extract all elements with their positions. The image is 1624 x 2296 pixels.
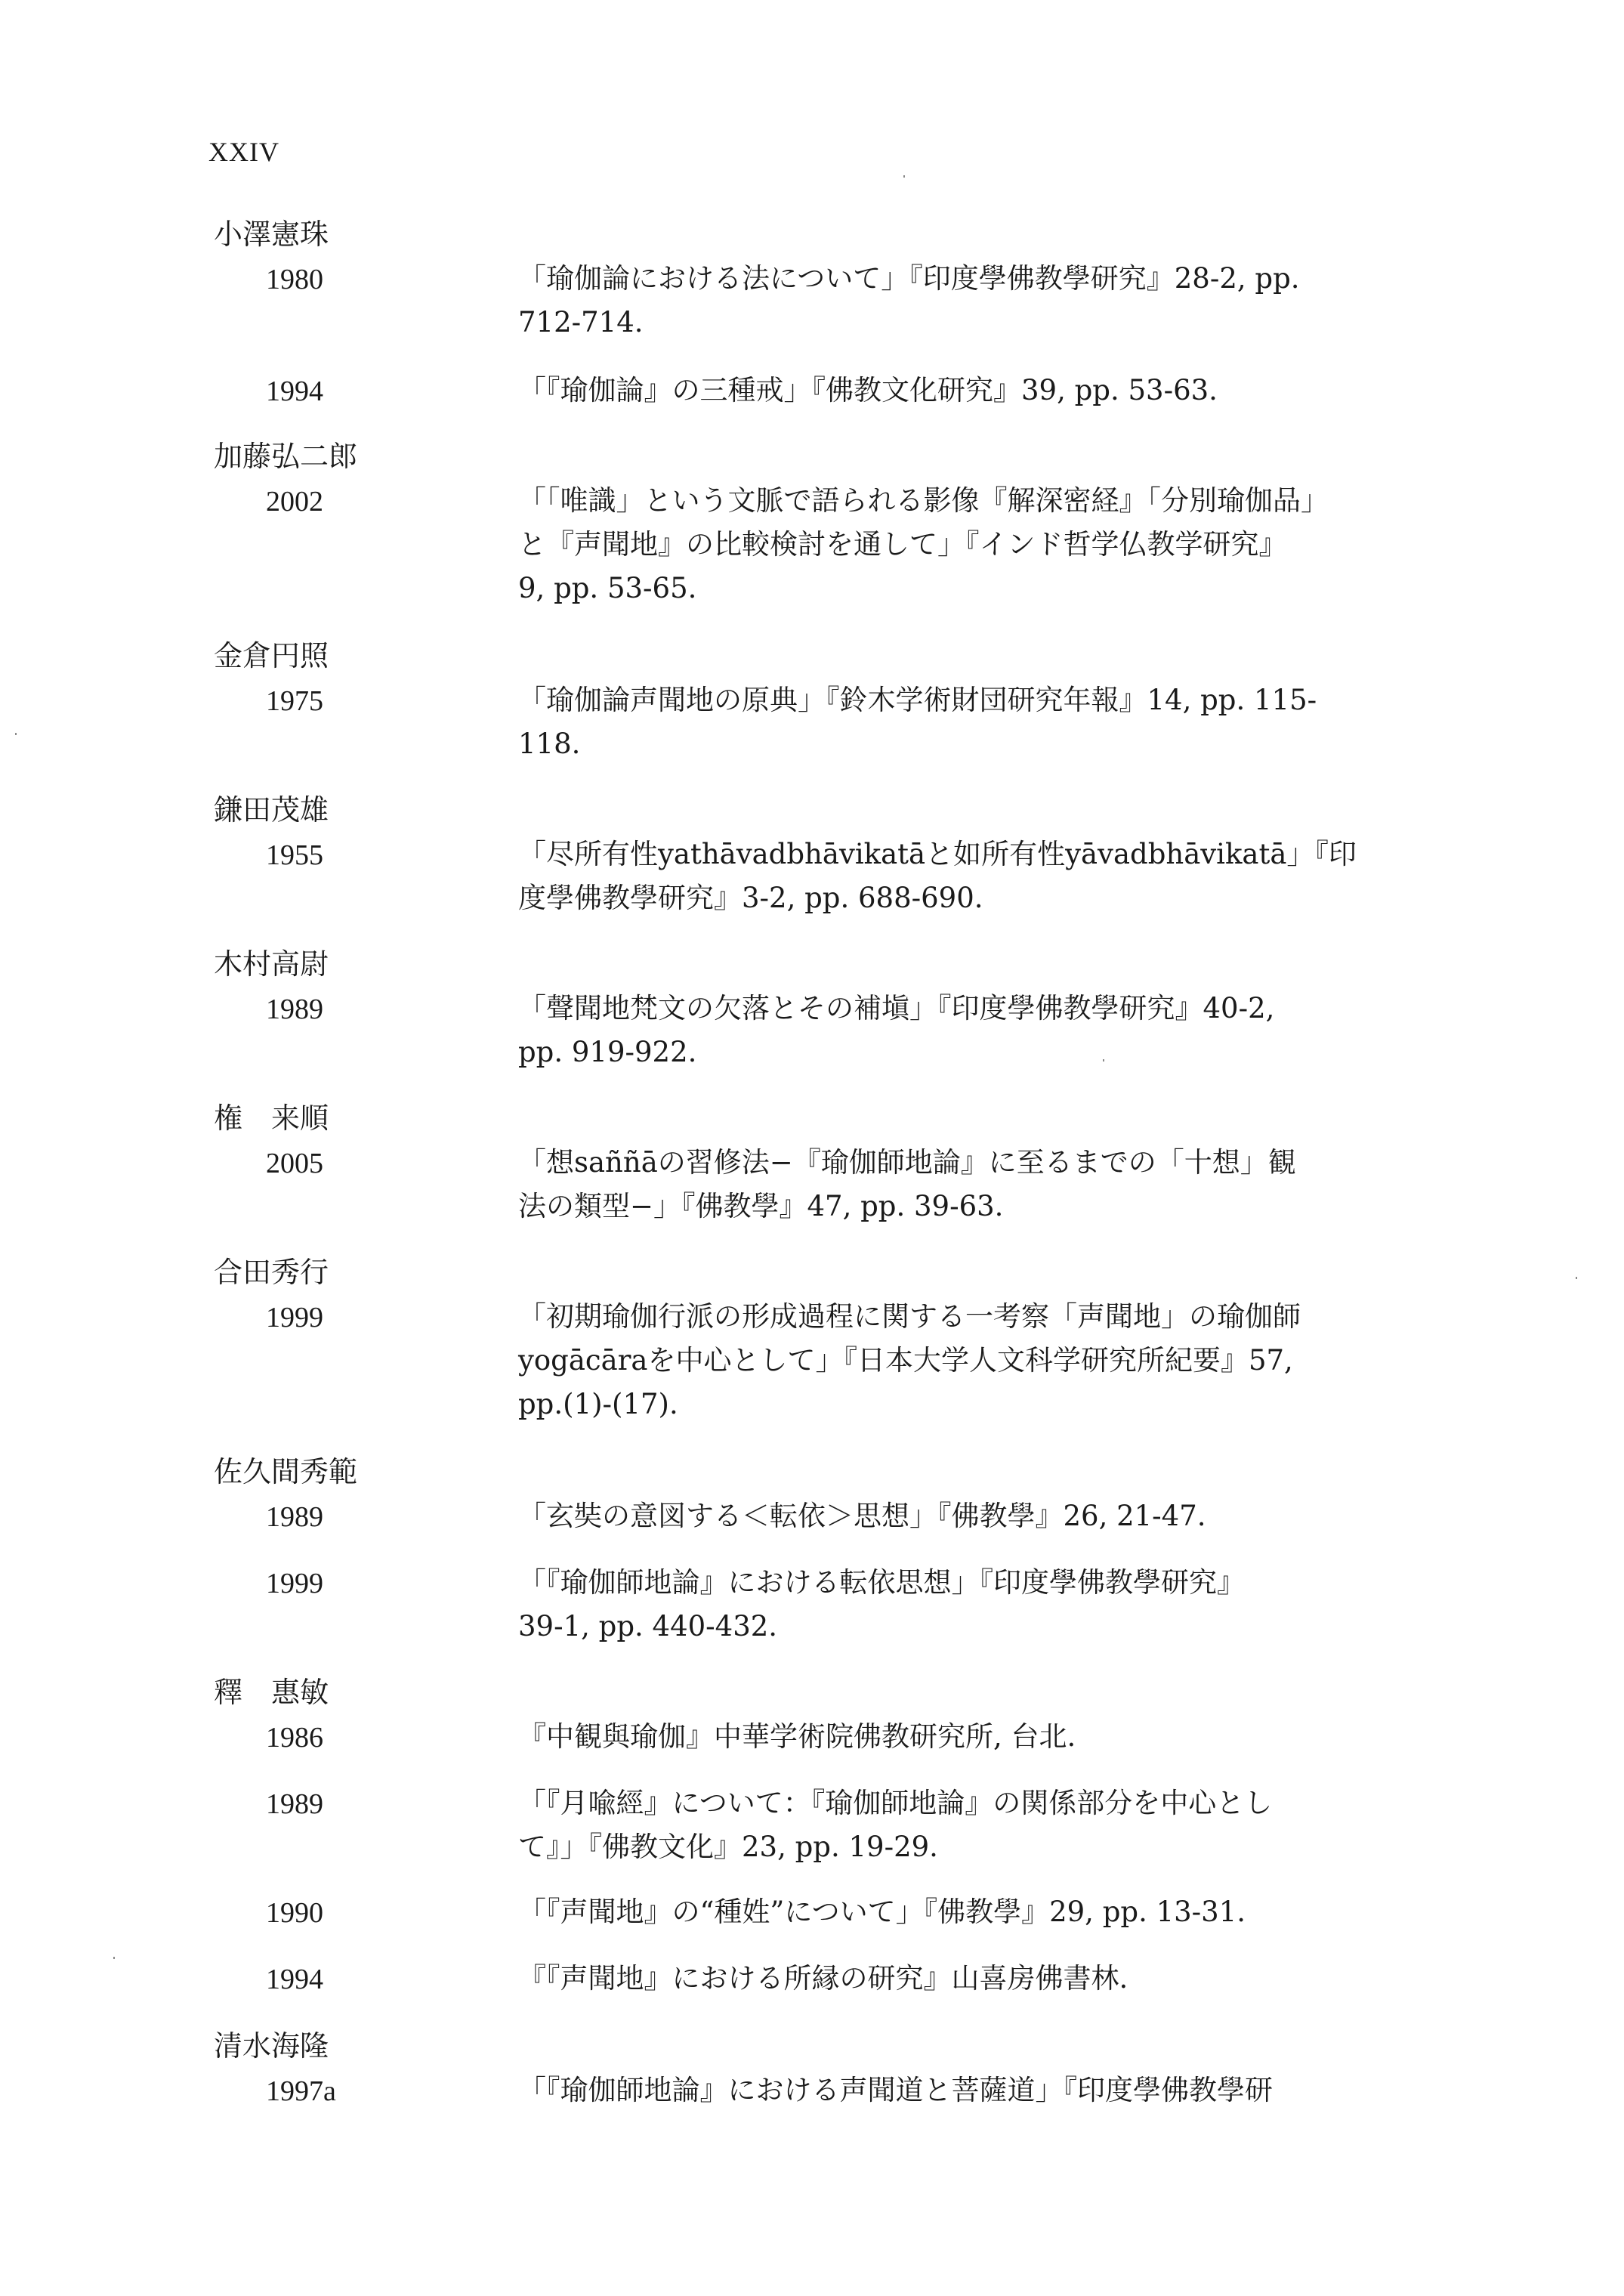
entry-line: 39-1, pp. 440-432.: [518, 1605, 1447, 1649]
entry-year: 2002: [266, 481, 323, 523]
bibliography-entry: 「聲聞地梵文の欠落とその補塡」『印度學佛教學研究』40-2, pp. 919-9…: [518, 987, 1447, 1074]
entry-line: て』」『佛教文化』23, pp. 19-29.: [518, 1825, 1447, 1869]
bibliography-entry: 「『声聞地』の“種姓”について」『佛教學』29, pp. 13-31.: [518, 1890, 1447, 1934]
entry-line: 「初期瑜伽行派の形成過程に関する一考察「声聞地」の瑜伽師: [518, 1295, 1447, 1339]
entry-year: 1980: [266, 258, 323, 301]
bibliography-entry: 「瑜伽論声聞地の原典」『鈴木学術財団研究年報』14, pp. 115- 118.: [518, 678, 1447, 766]
entry-line: 「『月喩經』について：『瑜伽師地論』の関係部分を中心とし: [518, 1781, 1447, 1825]
entry-line: 9, pp. 53-65.: [518, 567, 1447, 610]
entry-line: 「『瑜伽師地論』における転依思想」『印度學佛教學研究』: [518, 1561, 1447, 1605]
bibliography-entry: 『『声聞地』における所縁の研究』山喜房佛書林.: [518, 1957, 1447, 2001]
entry-year: 1994: [266, 370, 323, 413]
bibliography-entry: 「尽所有性yathāvadbhāvikatāと如所有性yāvadbhāvikat…: [518, 833, 1447, 920]
entry-line: 「瑜伽論声聞地の原典」『鈴木学術財団研究年報』14, pp. 115-: [518, 678, 1447, 722]
entry-line: 『中観與瑜伽』中華学術院佛教研究所, 台北.: [518, 1715, 1447, 1759]
bibliography-entry: 「「唯識」という文脈で語られる影像『解深密経』「分別瑜伽品」 と『声聞地』の比較…: [518, 479, 1447, 610]
bibliography-entry: 『中観與瑜伽』中華学術院佛教研究所, 台北.: [518, 1715, 1447, 1759]
entry-year: 2005: [266, 1142, 323, 1185]
entry-line: yogācāraを中心として」『日本大学人文科学研究所紀要』57,: [518, 1339, 1447, 1383]
author-name: 合田秀行: [214, 1251, 329, 1293]
entry-line: 「尽所有性yathāvadbhāvikatāと如所有性yāvadbhāvikat…: [518, 833, 1447, 876]
scan-speck: [903, 175, 905, 178]
bibliography-entry: 「『月喩經』について：『瑜伽師地論』の関係部分を中心とし て』」『佛教文化』23…: [518, 1781, 1447, 1869]
entry-line: pp.(1)-(17).: [518, 1383, 1447, 1426]
author-name: 金倉円照: [214, 635, 329, 677]
entry-year: 1990: [266, 1892, 323, 1934]
entry-line: 「聲聞地梵文の欠落とその補塡」『印度學佛教學研究』40-2,: [518, 987, 1447, 1031]
bibliography-entry: 「『瑜伽師地論』における転依思想」『印度學佛教學研究』 39-1, pp. 44…: [518, 1561, 1447, 1649]
entry-year: 1999: [266, 1296, 323, 1339]
entry-line: 「瑜伽論における法について」『印度學佛教學研究』28-2, pp.: [518, 257, 1447, 301]
entry-line: 法の類型−」『佛教學』47, pp. 39-63.: [518, 1185, 1447, 1228]
author-name: 佐久間秀範: [214, 1451, 357, 1493]
entry-line: 「『瑜伽師地論』における声聞道と菩薩道」『印度學佛教學研: [518, 2069, 1447, 2112]
entry-year: 1955: [266, 834, 323, 876]
bibliography-entry: 「玄奘の意図する＜転依＞思想」『佛教學』26, 21-47.: [518, 1494, 1447, 1538]
entry-line: 「『声聞地』の“種姓”について」『佛教學』29, pp. 13-31.: [518, 1890, 1447, 1934]
author-name: 鎌田茂雄: [214, 789, 329, 831]
bibliography-entry: 「初期瑜伽行派の形成過程に関する一考察「声聞地」の瑜伽師 yogācāraを中心…: [518, 1295, 1447, 1426]
entry-line: pp. 919-922.: [518, 1031, 1447, 1074]
author-name: 清水海隆: [214, 2025, 329, 2067]
scan-speck: [1576, 1277, 1577, 1279]
entry-year: 1989: [266, 988, 323, 1031]
entry-line: 「『瑜伽論』の三種戒」『佛教文化研究』39, pp. 53-63.: [518, 369, 1447, 413]
entry-year: 1975: [266, 680, 323, 722]
scan-speck: [1103, 1059, 1104, 1061]
entry-line: 度學佛教學研究』3-2, pp. 688-690.: [518, 876, 1447, 920]
bibliography-entry: 「『瑜伽師地論』における声聞道と菩薩道」『印度學佛教學研: [518, 2069, 1447, 2112]
author-name: 加藤弘二郎: [214, 435, 357, 477]
bibliography-entry: 「想saññāの習修法−『瑜伽師地論』に至るまでの「十想」観 法の類型−」『佛教…: [518, 1141, 1447, 1228]
entry-line: 『『声聞地』における所縁の研究』山喜房佛書林.: [518, 1957, 1447, 2001]
bibliography-entry: 「『瑜伽論』の三種戒」『佛教文化研究』39, pp. 53-63.: [518, 369, 1447, 413]
entry-year: 1994: [266, 1958, 323, 2001]
entry-line: 「玄奘の意図する＜転依＞思想」『佛教學』26, 21-47.: [518, 1494, 1447, 1538]
author-name: 木村高尉: [214, 943, 329, 985]
author-name: 権 来順: [214, 1097, 329, 1139]
author-name: 小澤憲珠: [214, 213, 329, 255]
entry-line: と『声聞地』の比較検討を通して」『インド哲学仏教学研究』: [518, 523, 1447, 567]
page-number: XXIV: [208, 136, 279, 168]
bibliography-entry: 「瑜伽論における法について」『印度學佛教學研究』28-2, pp. 712-71…: [518, 257, 1447, 345]
entry-year: 1989: [266, 1496, 323, 1538]
scan-speck: [113, 1957, 115, 1959]
entry-year: 1999: [266, 1562, 323, 1605]
entry-year: 1997a: [266, 2070, 336, 2112]
entry-line: 「想saññāの習修法−『瑜伽師地論』に至るまでの「十想」観: [518, 1141, 1447, 1185]
entry-line: 「「唯識」という文脈で語られる影像『解深密経』「分別瑜伽品」: [518, 479, 1447, 523]
entry-line: 118.: [518, 722, 1447, 766]
entry-year: 1989: [266, 1783, 323, 1825]
scan-speck: [15, 733, 17, 735]
entry-year: 1986: [266, 1717, 323, 1759]
entry-line: 712-714.: [518, 301, 1447, 345]
author-name: 釋 惠敏: [214, 1671, 329, 1714]
